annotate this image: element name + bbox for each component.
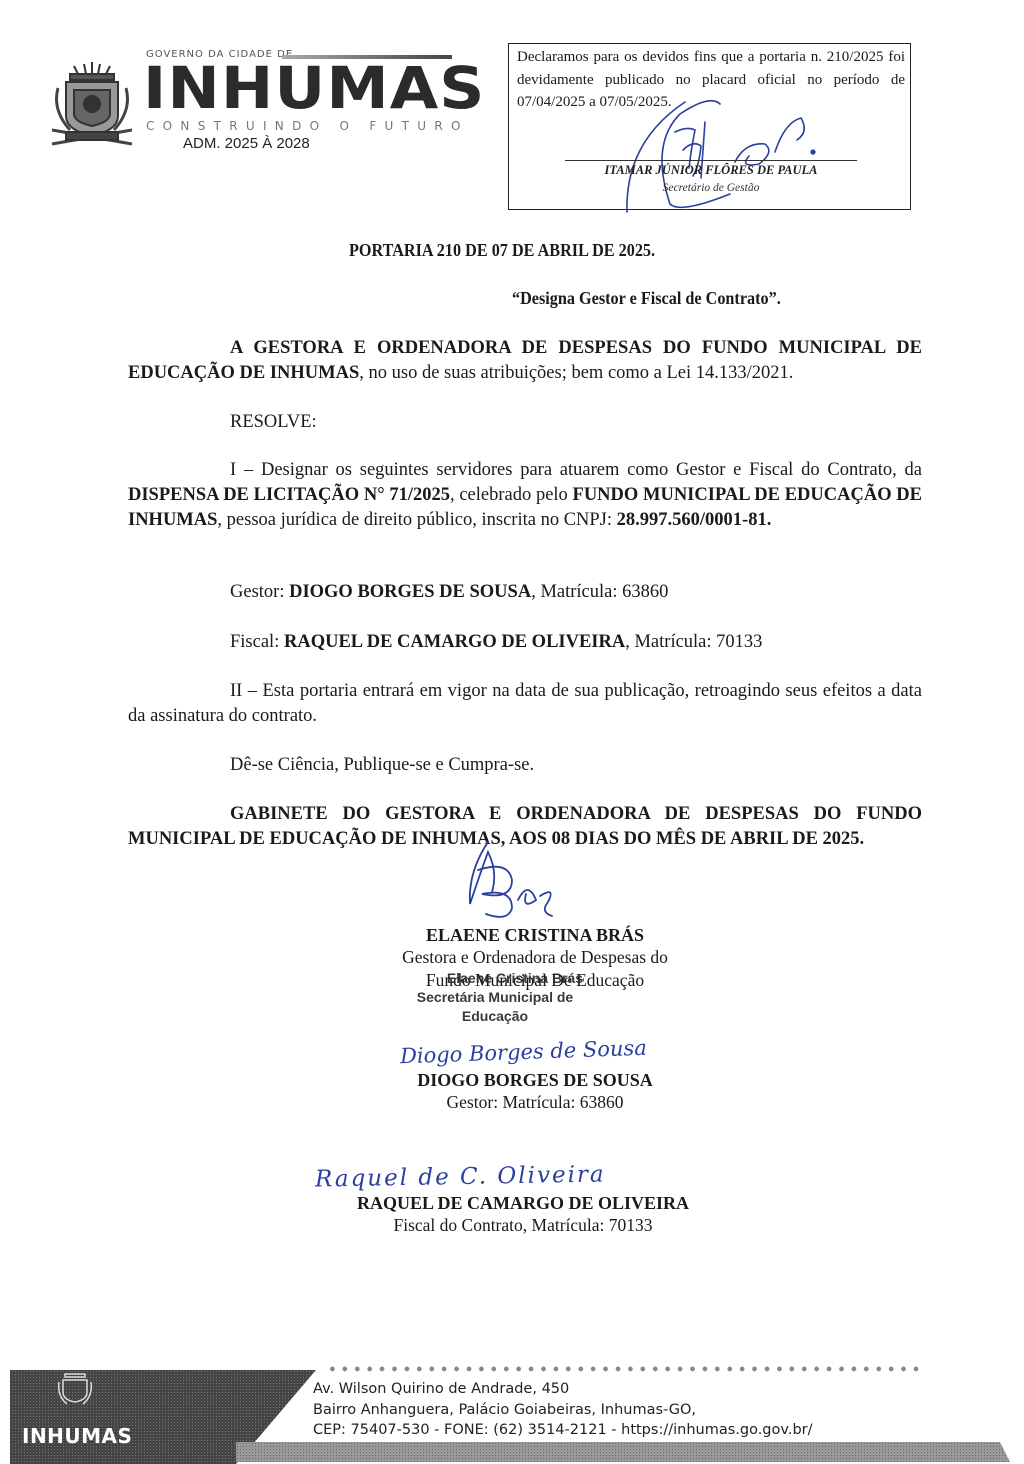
signer-name: ELAENE CRISTINA BRÁS: [280, 925, 790, 946]
footer-address-line2: Bairro Anhanguera, Palácio Goiabeiras, I…: [313, 1400, 813, 1421]
footer-address: Av. Wilson Quirino de Andrade, 450 Bairr…: [313, 1379, 813, 1441]
footer-contact-line: CEP: 75407-530 - FONE: (62) 3514-2121 - …: [313, 1420, 813, 1441]
signer-role: Gestor: Matrícula: 63860: [280, 1091, 790, 1114]
signer-name: RAQUEL DE CAMARGO DE OLIVEIRA: [268, 1193, 778, 1214]
declaration-signer-name: ITAMAR JÚNIOR FLÔRES DE PAULA: [565, 163, 857, 178]
footer-logo-city: INHUMAS: [22, 1424, 132, 1448]
logo-city-name: INHUMAS: [143, 58, 486, 118]
fiscal-matricula: , Matrícula: 70133: [625, 632, 762, 652]
footer-address-line1: Av. Wilson Quirino de Andrade, 450: [313, 1379, 813, 1400]
dispensa-number: DISPENSA DE LICITAÇÃO N° 71/2025: [128, 485, 450, 505]
fiscal-label: Fiscal:: [230, 632, 284, 652]
declaration-signer-role: Secretário de Gestão: [565, 182, 857, 194]
article-2-paragraph: II – Esta portaria entrará em vigor na d…: [128, 679, 922, 729]
raquel-handwritten-signature: Raquel de C. Oliveira: [315, 1161, 606, 1192]
diogo-handwritten-signature: Diogo Borges de Sousa: [400, 1036, 647, 1069]
stamp-role: Secretária Municipal de: [230, 988, 760, 1007]
closing-statement: Dê-se Ciência, Publique-se e Cumpra-se.: [128, 753, 922, 778]
stamp-department: Educação: [230, 1007, 760, 1026]
article-1-text: I – Designar os seguintes servidores par…: [230, 460, 922, 480]
gestor-name: DIOGO BORGES DE SOUSA: [289, 582, 531, 602]
logo-tagline: CONSTRUINDO O FUTURO: [146, 119, 469, 133]
logo-administration: ADM. 2025 À 2028: [183, 135, 310, 152]
resolve-heading: RESOLVE:: [128, 410, 922, 435]
stamp-name: Elaene Cristina Brás: [270, 969, 760, 988]
fiscal-designation: Fiscal: RAQUEL DE CAMARGO DE OLIVEIRA, M…: [128, 630, 922, 655]
signer-role: Fiscal do Contrato, Matrícula: 70133: [268, 1214, 778, 1237]
gestor-label: Gestor:: [230, 582, 289, 602]
signer-name: DIOGO BORGES DE SOUSA: [280, 1070, 790, 1091]
cnpj-number: 28.997.560/0001-81.: [617, 510, 772, 530]
official-stamp: Elaene Cristina Brás Secretária Municipa…: [250, 969, 760, 1026]
article-1-text: , celebrado pelo: [450, 485, 573, 505]
preamble-paragraph: A GESTORA E ORDENADORA DE DESPESAS DO FU…: [128, 336, 922, 386]
article-1-paragraph: I – Designar os seguintes servidores par…: [128, 458, 922, 533]
gestor-matricula: , Matrícula: 63860: [531, 582, 668, 602]
city-crest-logo: [48, 52, 136, 152]
signer-role: Gestora e Ordenadora de Despesas do: [280, 946, 790, 969]
preamble-text: , no uso de suas atribuições; bem como a…: [359, 363, 793, 383]
signature-block-raquel: RAQUEL DE CAMARGO DE OLIVEIRA Fiscal do …: [268, 1193, 778, 1237]
gestor-designation: Gestor: DIOGO BORGES DE SOUSA, Matrícula…: [128, 580, 922, 605]
footer-crest-icon: [55, 1368, 95, 1413]
declaration-signature-line: [565, 160, 857, 161]
document-title: PORTARIA 210 DE 07 DE ABRIL DE 2025.: [0, 240, 1024, 261]
article-1-text: , pessoa jurídica de direito público, in…: [217, 510, 616, 530]
signature-block-diogo: DIOGO BORGES DE SOUSA Gestor: Matrícula:…: [280, 1070, 790, 1114]
fiscal-name: RAQUEL DE CAMARGO DE OLIVEIRA: [284, 632, 625, 652]
footer-dots-divider: ●●●●●●●●●●●●●●●●●●●●●●●●●●●●●●●●●●●●●●●●…: [330, 1364, 1010, 1373]
document-subject: “Designa Gestor e Fiscal de Contrato”.: [512, 288, 781, 309]
elaene-signature: [448, 840, 568, 925]
